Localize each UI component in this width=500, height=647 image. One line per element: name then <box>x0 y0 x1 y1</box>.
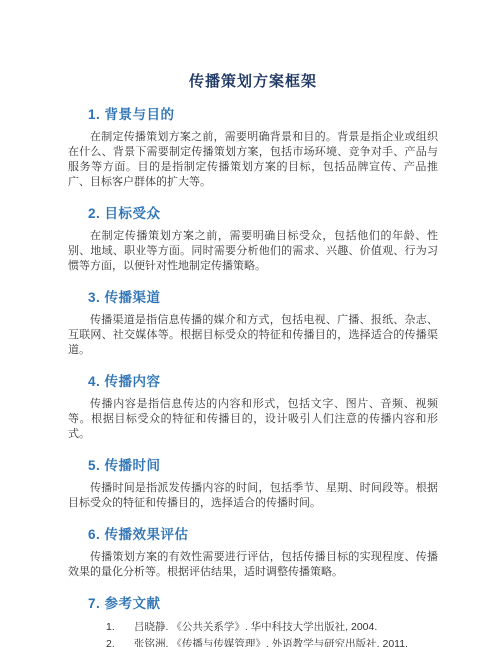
section-heading: 1. 背景与目的 <box>88 103 438 123</box>
section-heading: 4. 传播内容 <box>88 370 438 390</box>
section-paragraph: 在制定传播策划方案之前，需要明确目标受众，包括他们的年龄、性别、地域、职业等方面… <box>68 229 438 274</box>
document-page: 传播策划方案框架 1. 背景与目的 在制定传播策划方案之前，需要明确背景和目的。… <box>0 0 500 647</box>
reference-number: 2. <box>106 636 134 647</box>
reference-item: 1. 吕晓静. 《公共关系学》. 华中科技大学出版社, 2004. <box>106 619 438 636</box>
section-heading: 5. 传播时间 <box>88 454 438 474</box>
section-channels: 3. 传播渠道 传播渠道是指信息传播的媒介和方式，包括电视、广播、报纸、杂志、互… <box>68 286 438 358</box>
section-timing: 5. 传播时间 传播时间是指派发传播内容的时间，包括季节、星期、时间段等。根据目… <box>68 454 438 511</box>
section-paragraph: 在制定传播策划方案之前，需要明确背景和目的。背景是指企业或组织在什么、背景下需要… <box>68 130 438 190</box>
reference-item: 2. 张铭洲. 《传播与传媒管理》. 外语教学与研究出版社, 2011. <box>106 636 438 647</box>
section-paragraph: 传播渠道是指信息传播的媒介和方式，包括电视、广播、报纸、杂志、互联网、社交媒体等… <box>68 313 438 358</box>
section-paragraph: 传播内容是指信息传达的内容和形式，包括文字、图片、音频、视频等。根据目标受众的特… <box>68 397 438 442</box>
section-paragraph: 传播时间是指派发传播内容的时间，包括季节、星期、时间段等。根据目标受众的特征和传… <box>68 481 438 511</box>
reference-number: 1. <box>106 619 134 636</box>
page-title: 传播策划方案框架 <box>68 70 438 91</box>
section-heading: 2. 目标受众 <box>88 202 438 222</box>
section-target-audience: 2. 目标受众 在制定传播策划方案之前，需要明确目标受众，包括他们的年龄、性别、… <box>68 202 438 274</box>
section-effect-evaluation: 6. 传播效果评估 传播策划方案的有效性需要进行评估，包括传播目标的实现程度、传… <box>68 523 438 580</box>
section-heading: 7. 参考文献 <box>88 592 438 612</box>
section-content: 4. 传播内容 传播内容是指信息传达的内容和形式，包括文字、图片、音频、视频等。… <box>68 370 438 442</box>
section-heading: 3. 传播渠道 <box>88 286 438 306</box>
reference-list: 1. 吕晓静. 《公共关系学》. 华中科技大学出版社, 2004. 2. 张铭洲… <box>106 619 438 647</box>
section-paragraph: 传播策划方案的有效性需要进行评估，包括传播目标的实现程度、传播效果的量化分析等。… <box>68 550 438 580</box>
reference-text: 张铭洲. 《传播与传媒管理》. 外语教学与研究出版社, 2011. <box>134 636 438 647</box>
reference-text: 吕晓静. 《公共关系学》. 华中科技大学出版社, 2004. <box>134 619 438 636</box>
section-heading: 6. 传播效果评估 <box>88 523 438 543</box>
section-references: 7. 参考文献 1. 吕晓静. 《公共关系学》. 华中科技大学出版社, 2004… <box>68 592 438 647</box>
section-background-purpose: 1. 背景与目的 在制定传播策划方案之前，需要明确背景和目的。背景是指企业或组织… <box>68 103 438 190</box>
